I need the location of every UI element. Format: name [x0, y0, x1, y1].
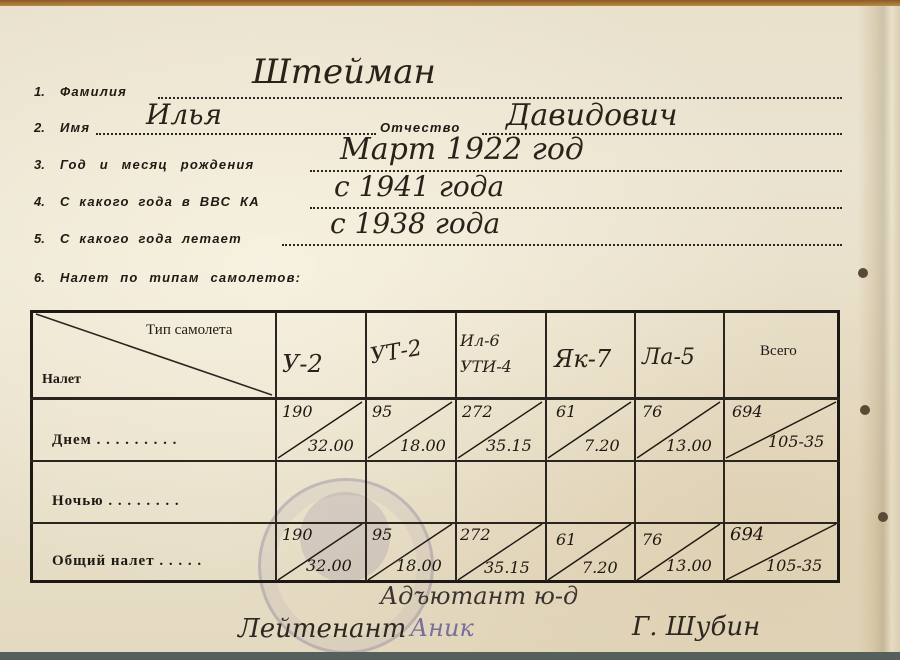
day-la5-landings: 76	[642, 402, 662, 421]
total-ut2-landings: 95	[372, 525, 392, 544]
name-label: Имя	[60, 120, 90, 135]
total-u2-landings: 190	[282, 525, 313, 544]
page-bottom-edge	[0, 652, 900, 660]
day-u2-landings: 190	[282, 402, 313, 421]
binding-hole	[860, 405, 870, 415]
field-number-5: 5.	[34, 231, 45, 246]
total-yak7-hours: 7.20	[582, 558, 618, 577]
day-u2-hours: 32.00	[308, 436, 354, 455]
table-column-divider	[634, 312, 636, 581]
table-row-divider	[30, 522, 840, 524]
table-row-divider	[30, 460, 840, 462]
total-total-hours: 105-35	[766, 556, 822, 575]
signature-scribble: Аник	[410, 614, 474, 642]
total-yak7-landings: 61	[556, 530, 576, 549]
total-u2-hours: 32.00	[306, 556, 352, 575]
corner-flight-time: Налет	[42, 372, 81, 388]
signer-name: Г. Шубин	[632, 612, 760, 642]
field-number-3: 3.	[34, 157, 45, 172]
name-value: Илья	[146, 98, 222, 131]
day-yak7-hours: 7.20	[584, 436, 620, 455]
day-il-hours: 35.15	[486, 436, 532, 455]
adjutant-title: Адъютант ю-д	[380, 582, 578, 610]
flying-since-line	[282, 244, 842, 246]
table-column-divider	[545, 312, 547, 581]
birth-date-value: Март 1922 год	[340, 132, 584, 167]
table-column-divider	[723, 312, 725, 581]
day-yak7-landings: 61	[556, 402, 576, 421]
field-number-4: 4.	[34, 194, 45, 209]
surname-line	[158, 97, 842, 99]
total-la5-landings: 76	[642, 530, 662, 549]
patronymic-value: Давидович	[506, 98, 678, 133]
col-header-yak7: Як-7	[554, 345, 611, 373]
row-label-total: Общий налет . . . . .	[52, 553, 202, 570]
col-header-u2: У-2	[282, 350, 323, 378]
surname-label: Фамилия	[60, 84, 127, 99]
flying-since-value: с 1938 года	[330, 207, 500, 240]
total-total-landings: 694	[730, 524, 764, 545]
table-column-divider	[365, 312, 367, 581]
surname-value: Штейман	[252, 52, 436, 92]
book-spine	[858, 6, 900, 654]
day-il-landings: 272	[462, 402, 493, 421]
corner-aircraft-type: Тип самолета	[146, 322, 232, 339]
field-number-6: 6.	[34, 270, 45, 285]
total-il-landings: 272	[460, 525, 491, 544]
name-line	[96, 133, 376, 135]
col-header-il-uti4: Ил-6 УТИ-4	[460, 328, 540, 380]
air-force-since-label: С какого года в ВВС КА	[60, 194, 260, 209]
total-il-hours: 35.15	[484, 558, 530, 577]
day-total-landings: 694	[732, 402, 763, 421]
birth-date-label: Год и месяц рождения	[60, 157, 254, 172]
day-total-hours: 105-35	[768, 432, 824, 451]
row-label-day: Днем . . . . . . . . .	[52, 432, 177, 449]
signer-rank: Лейтенант	[238, 614, 406, 644]
table-header-divider	[30, 397, 840, 400]
table-column-divider	[455, 312, 457, 581]
flight-hours-label: Налет по типам самолетов:	[60, 270, 301, 285]
col-header-la5: Ла-5	[642, 345, 695, 370]
binding-hole	[878, 512, 888, 522]
col-header-total: Всего	[760, 343, 797, 360]
binding-hole	[858, 268, 868, 278]
total-la5-hours: 13.00	[666, 556, 712, 575]
day-ut2-hours: 18.00	[400, 436, 446, 455]
table-column-divider	[275, 312, 277, 581]
day-la5-hours: 13.00	[666, 436, 712, 455]
flying-since-label: С какого года летает	[60, 231, 242, 246]
air-force-since-value: с 1941 года	[334, 170, 504, 203]
row-label-night: Ночью . . . . . . . .	[52, 493, 180, 510]
total-ut2-hours: 18.00	[396, 556, 442, 575]
field-number-1: 1.	[34, 84, 45, 99]
day-ut2-landings: 95	[372, 402, 392, 421]
field-number-2: 2.	[34, 120, 45, 135]
